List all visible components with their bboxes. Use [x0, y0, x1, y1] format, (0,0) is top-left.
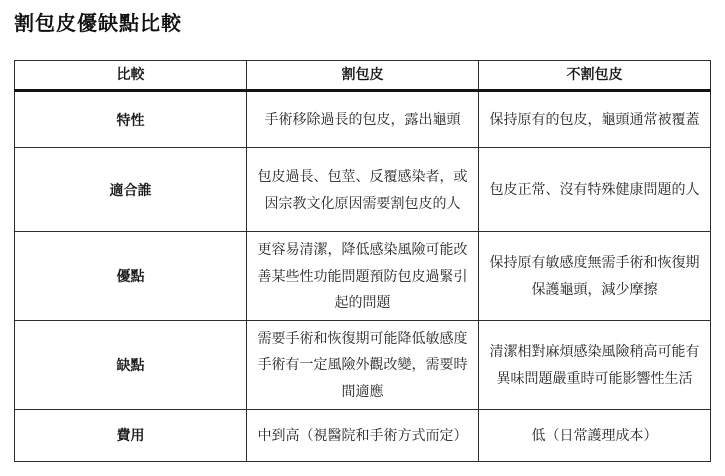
row-label-disadvantages: 缺點 [15, 320, 247, 409]
page-title: 割包皮優缺點比較 [14, 12, 711, 36]
table-row-suitable-for: 適合誰 包皮過長、包莖、反覆感染者，或因宗教文化原因需要割包皮的人 包皮正常、沒… [15, 148, 711, 232]
table-row-cost: 費用 中到高（視醫院和手術方式而定） 低（日常護理成本） [15, 409, 711, 461]
header-cell-uncircumcised: 不割包皮 [479, 61, 711, 91]
row-label-suitable-for: 適合誰 [15, 148, 247, 232]
comparison-table: 比較 割包皮 不割包皮 特性 手術移除過長的包皮，露出龜頭 保持原有的包皮，龜頭… [14, 60, 711, 462]
cell-advantages-uncircumcised: 保持原有敏感度無需手術和恢復期保護龜頭，減少摩擦 [479, 232, 711, 321]
header-row: 比較 割包皮 不割包皮 [15, 61, 711, 91]
row-label-characteristics: 特性 [15, 91, 247, 148]
table-row-advantages: 優點 更容易清潔，降低感染風險可能改善某些性功能問題預防包皮過緊引起的問題 保持… [15, 232, 711, 321]
table-row-characteristics: 特性 手術移除過長的包皮，露出龜頭 保持原有的包皮，龜頭通常被覆蓋 [15, 91, 711, 148]
cell-characteristics-uncircumcised: 保持原有的包皮，龜頭通常被覆蓋 [479, 91, 711, 148]
cell-cost-circumcised: 中到高（視醫院和手術方式而定） [247, 409, 479, 461]
cell-cost-uncircumcised: 低（日常護理成本） [479, 409, 711, 461]
cell-disadvantages-uncircumcised: 清潔相對麻煩感染風險稍高可能有異味問題嚴重時可能影響性生活 [479, 320, 711, 409]
cell-suitable-for-circumcised: 包皮過長、包莖、反覆感染者，或因宗教文化原因需要割包皮的人 [247, 148, 479, 232]
row-label-cost: 費用 [15, 409, 247, 461]
table-row-disadvantages: 缺點 需要手術和恢復期可能降低敏感度手術有一定風險外觀改變，需要時間適應 清潔相… [15, 320, 711, 409]
cell-characteristics-circumcised: 手術移除過長的包皮，露出龜頭 [247, 91, 479, 148]
header-cell-compare: 比較 [15, 61, 247, 91]
cell-disadvantages-circumcised: 需要手術和恢復期可能降低敏感度手術有一定風險外觀改變，需要時間適應 [247, 320, 479, 409]
cell-suitable-for-uncircumcised: 包皮正常、沒有特殊健康問題的人 [479, 148, 711, 232]
row-label-advantages: 優點 [15, 232, 247, 321]
header-cell-circumcised: 割包皮 [247, 61, 479, 91]
cell-advantages-circumcised: 更容易清潔，降低感染風險可能改善某些性功能問題預防包皮過緊引起的問題 [247, 232, 479, 321]
page: 割包皮優缺點比較 比較 割包皮 不割包皮 特性 手術移除過長的包皮，露出龜頭 保… [0, 0, 725, 476]
